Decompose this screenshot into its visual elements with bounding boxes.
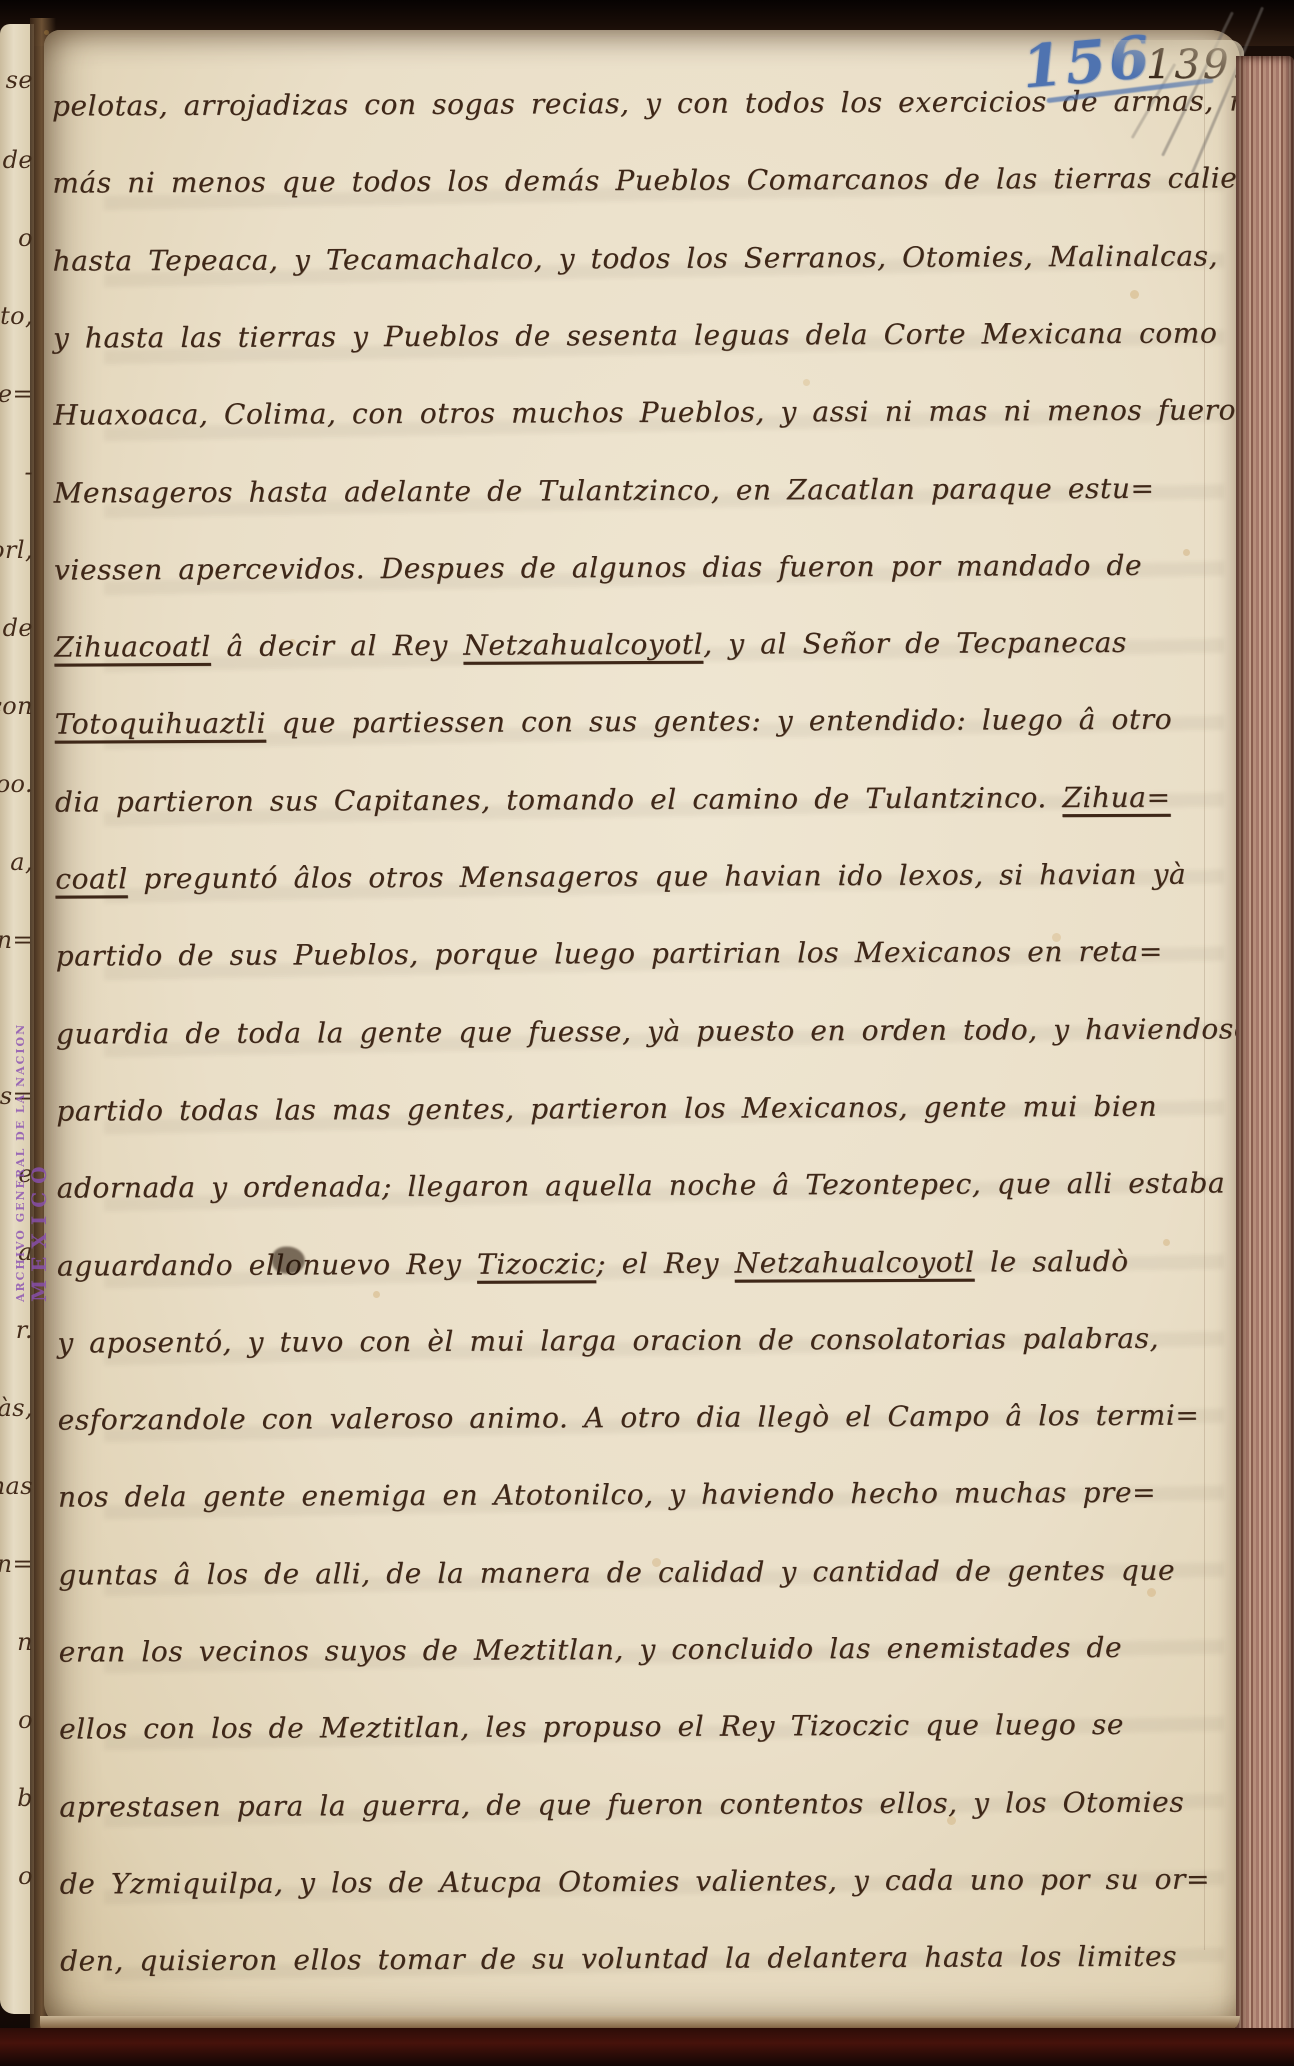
- line-text: dia partieron sus Capitanes, tomando el …: [55, 781, 1063, 818]
- manuscript-line: Zihuacoatl â decir al Rey Netzahualcoyot…: [54, 621, 1204, 670]
- line-text: adornada y ordenada; llegaron aquella no…: [57, 1167, 1226, 1205]
- manuscript-line: nos dela gente enemiga en Atotonilco, y …: [58, 1471, 1208, 1520]
- manuscript-line: hasta Tepeaca, y Tecamachalco, y todos l…: [53, 234, 1203, 283]
- manuscript-line: viessen apercevidos. Despues de algunos …: [54, 543, 1204, 592]
- manuscript-line: adornada y ordenada; llegaron aquella no…: [57, 1162, 1207, 1211]
- manuscript-line: partido de sus Pueblos, porque luego par…: [56, 930, 1206, 979]
- underlined-name: Netzahualcoyotl: [735, 1245, 975, 1279]
- line-text: Mensageros hasta adelante de Tulantzinco…: [54, 471, 1155, 509]
- line-text: de Yzmiquilpa, y los de Atucpa Otomies v…: [60, 1862, 1211, 1900]
- line-text: guardia de toda la gente que fuesse, yà …: [56, 1012, 1251, 1050]
- underlined-name: coatl: [55, 862, 128, 895]
- line-text: â decir al Rey: [211, 629, 464, 663]
- line-text: ; el Rey: [596, 1246, 735, 1280]
- manuscript-line: coatl preguntó âlos otros Mensageros que…: [55, 853, 1205, 902]
- manuscript-line: guardia de toda la gente que fuesse, yà …: [56, 1007, 1206, 1056]
- line-text: y aposentó, y tuvo con èl mui larga orac…: [57, 1322, 1159, 1360]
- underlined-name: Tizoczic: [477, 1247, 596, 1281]
- line-text: guntas â los de alli, de la manera de ca…: [58, 1553, 1175, 1591]
- line-text: más ni menos que todos los demás Pueblos…: [52, 161, 1294, 199]
- manuscript-photo: e sedeoto,ue=-orl,deconoo.a,un=es=ear.às…: [0, 0, 1294, 2066]
- line-text: le saludò: [974, 1244, 1128, 1278]
- line-text: ellos con los de Meztitlan, les propuso …: [59, 1708, 1124, 1746]
- line-text: Huaxoaca, Colima, con otros muchos Puebl…: [53, 394, 1255, 432]
- line-text: partido de sus Pueblos, porque luego par…: [56, 935, 1163, 973]
- archive-stamp-title: ARCHIVO GENERAL DE LA NACION: [14, 1002, 27, 1302]
- line-text: , y al Señor de Tecpanecas: [703, 626, 1127, 661]
- line-text: hasta Tepeaca, y Tecamachalco, y todos l…: [53, 239, 1219, 277]
- line-text: que partiessen con sus gentes: y entendi…: [266, 703, 1172, 740]
- archive-stamp-subtitle: MEXICO: [27, 1002, 51, 1302]
- underlined-name: Zihua=: [1062, 780, 1170, 813]
- manuscript-line: de Yzmiquilpa, y los de Atucpa Otomies v…: [60, 1857, 1210, 1906]
- underlined-name: Netzahualcoyotl: [463, 628, 703, 662]
- manuscript-text: pelotas, arrojadizas con sogas recias, y…: [0, 0, 1294, 2066]
- manuscript-line: y aposentó, y tuvo con èl mui larga orac…: [57, 1316, 1207, 1365]
- line-text: aguardando el: [57, 1248, 276, 1282]
- line-text: partido todas las mas gentes, partieron …: [56, 1090, 1157, 1128]
- manuscript-line: y hasta las tierras y Pueblos de sesenta…: [53, 311, 1203, 360]
- manuscript-line: aprestasen para la guerra, de que fueron…: [59, 1780, 1209, 1829]
- line-text: aprestasen para la guerra, de que fueron…: [59, 1785, 1184, 1823]
- line-text: nos dela gente enemiga en Atotonilco, y …: [58, 1476, 1156, 1514]
- line-text: eran los vecinos suyos de Meztitlan, y c…: [59, 1631, 1123, 1669]
- manuscript-line: más ni menos que todos los demás Pueblos…: [52, 157, 1202, 206]
- manuscript-line: dia partieron sus Capitanes, tomando el …: [55, 775, 1205, 824]
- book-binding-bottom: [0, 2028, 1294, 2066]
- line-text: esforzandole con valeroso animo. A otro …: [58, 1399, 1200, 1437]
- book-fore-edge: [1236, 56, 1294, 2038]
- manuscript-line: ellos con los de Meztitlan, les propuso …: [59, 1703, 1209, 1752]
- manuscript-line: Huaxoaca, Colima, con otros muchos Puebl…: [53, 389, 1203, 438]
- line-text: nuevo Rey: [302, 1247, 477, 1281]
- manuscript-line: den, quisieron ellos tomar de su volunta…: [60, 1935, 1210, 1984]
- line-text: y hasta las tierras y Pueblos de sesenta…: [53, 316, 1218, 354]
- line-text: viessen apercevidos. Despues de algunos …: [54, 549, 1142, 587]
- struck-word: lo: [275, 1248, 302, 1281]
- manuscript-line: aguardando ellonuevo Rey Tizoczic; el Re…: [57, 1239, 1207, 1288]
- manuscript-line: eran los vecinos suyos de Meztitlan, y c…: [59, 1626, 1209, 1675]
- underlined-name: Totoquihuaztli: [55, 707, 267, 741]
- manuscript-line: Totoquihuaztli que partiessen con sus ge…: [55, 698, 1205, 747]
- underlined-name: Zihuacoatl: [54, 630, 211, 664]
- manuscript-line: esforzandole con valeroso animo. A otro …: [58, 1394, 1208, 1443]
- manuscript-line: Mensageros hasta adelante de Tulantzinco…: [54, 466, 1204, 515]
- archive-stamp: ARCHIVO GENERAL DE LA NACION MEXICO: [14, 1002, 54, 1302]
- line-text: preguntó âlos otros Mensageros que havia…: [128, 858, 1187, 896]
- line-text: den, quisieron ellos tomar de su volunta…: [60, 1940, 1177, 1978]
- manuscript-line: guntas â los de alli, de la manera de ca…: [58, 1548, 1208, 1597]
- manuscript-line: partido todas las mas gentes, partieron …: [56, 1084, 1206, 1133]
